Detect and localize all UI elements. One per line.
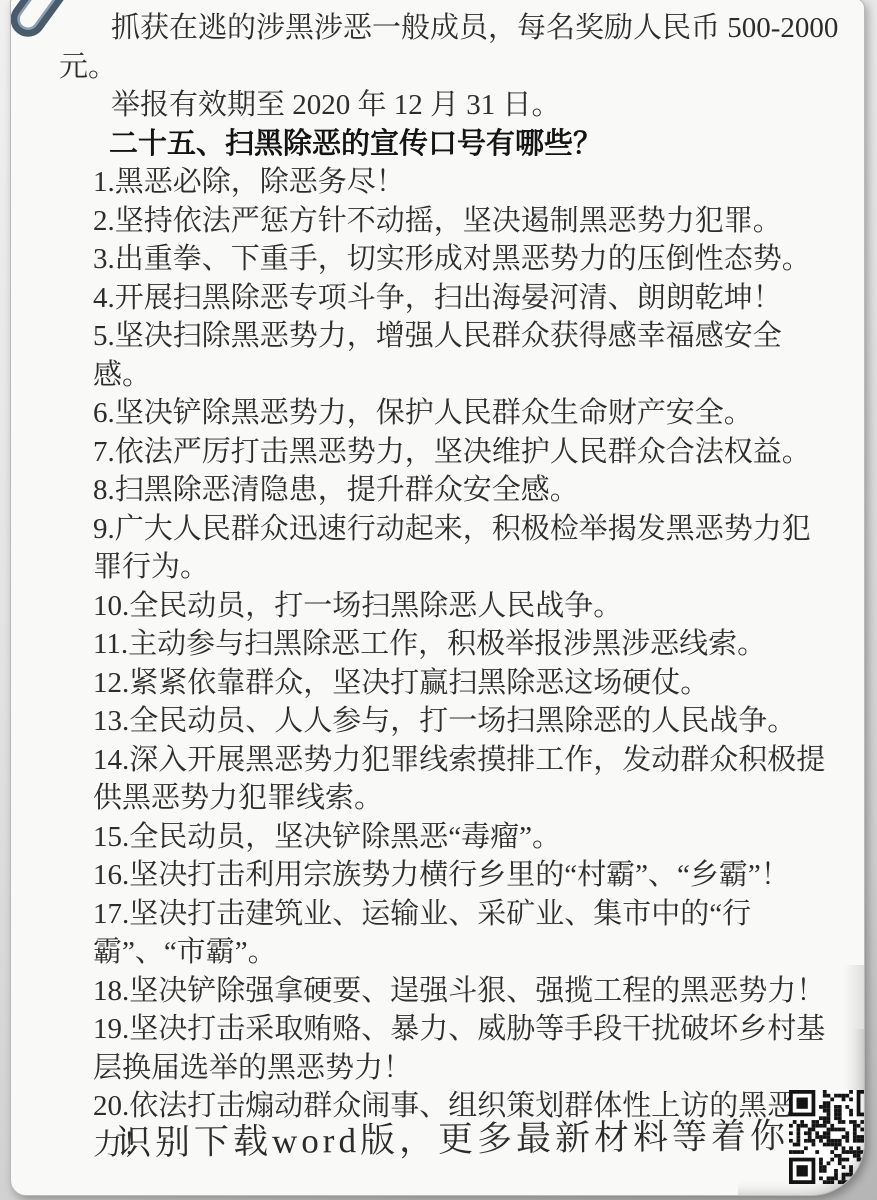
paragraph-reward: 抓获在逃的涉黑涉恶一般成员，每名奖励人民币 500-2000 元。 [59,9,865,86]
page-footer: 识别下载word版，更多最新材料等着你 [59,1087,790,1187]
document-page: 抓获在逃的涉黑涉恶一般成员，每名奖励人民币 500-2000 元。 举报有效期至… [10,0,865,1196]
slogan-item: 18.坚决铲除强拿硬要、逞强斗狠、强揽工程的黑恶势力！ [93,972,828,1011]
slogan-item: 6.坚决铲除黑恶势力，保护人民群众生命财产安全。 [93,394,828,433]
slogan-item: 4.开展扫黑除恶专项斗争，扫出海晏河清、朗朗乾坤！ [93,279,828,318]
slogan-item: 8.扫黑除恶清隐患，提升群众安全感。 [93,471,828,510]
slogan-item: 16.坚决打击利用宗族势力横行乡里的“村霸”、“乡霸”！ [93,856,828,895]
slogan-item: 7.依法严厉打击黑恶势力，坚决维护人民群众合法权益。 [93,433,828,472]
section-heading: 二十五、扫黑除恶的宣传口号有哪些？ [109,125,828,164]
slogan-item: 12.紧紧依靠群众，坚决打赢扫黑除恶这场硬仗。 [93,664,828,703]
slogan-item: 15.全民动员，坚决铲除黑恶“毒瘤”。 [93,818,828,857]
slogan-item: 5.坚决扫除黑恶势力，增强人民群众获得感幸福感安全感。 [93,317,828,394]
paragraph-deadline: 举报有效期至 2020 年 12 月 31 日。 [59,86,865,125]
slogan-item: 11.主动参与扫黑除恶工作，积极举报涉黑涉恶线索。 [93,625,828,664]
qr-code [789,1090,865,1184]
slogan-list: 1.黑恶必除，除恶务尽！ 2.坚持依法严惩方针不动摇，坚决遏制黑恶势力犯罪。 3… [59,163,828,1164]
footer-note: 识别下载word版，更多最新材料等着你 [116,1108,789,1165]
slogan-item: 19.坚决打击采取贿赂、暴力、威胁等手段干扰破坏乡村基层换届选举的黑恶势力！ [93,1010,828,1087]
slogan-item: 1.黑恶必除，除恶务尽！ [93,163,828,202]
slogan-item: 17.坚决打击建筑业、运输业、采矿业、集市中的“行霸”、“市霸”。 [93,895,828,972]
slogan-item: 2.坚持依法严惩方针不动摇，坚决遏制黑恶势力犯罪。 [93,202,828,241]
photo-background: 抓获在逃的涉黑涉恶一般成员，每名奖励人民币 500-2000 元。 举报有效期至… [0,0,877,1200]
slogan-item: 13.全民动员、人人参与，打一场扫黑除恶的人民战争。 [93,702,828,741]
slogan-item: 14.深入开展黑恶势力犯罪线索摸排工作，发动群众积极提供黑恶势力犯罪线索。 [93,741,828,818]
slogan-item: 9.广大人民群众迅速行动起来，积极检举揭发黑恶势力犯罪行为。 [93,510,828,587]
slogan-item: 10.全民动员，打一场扫黑除恶人民战争。 [93,587,828,626]
document-body: 抓获在逃的涉黑涉恶一般成员，每名奖励人民币 500-2000 元。 举报有效期至… [59,9,828,1164]
slogan-item: 3.出重拳、下重手，切实形成对黑恶势力的压倒性态势。 [93,240,828,279]
